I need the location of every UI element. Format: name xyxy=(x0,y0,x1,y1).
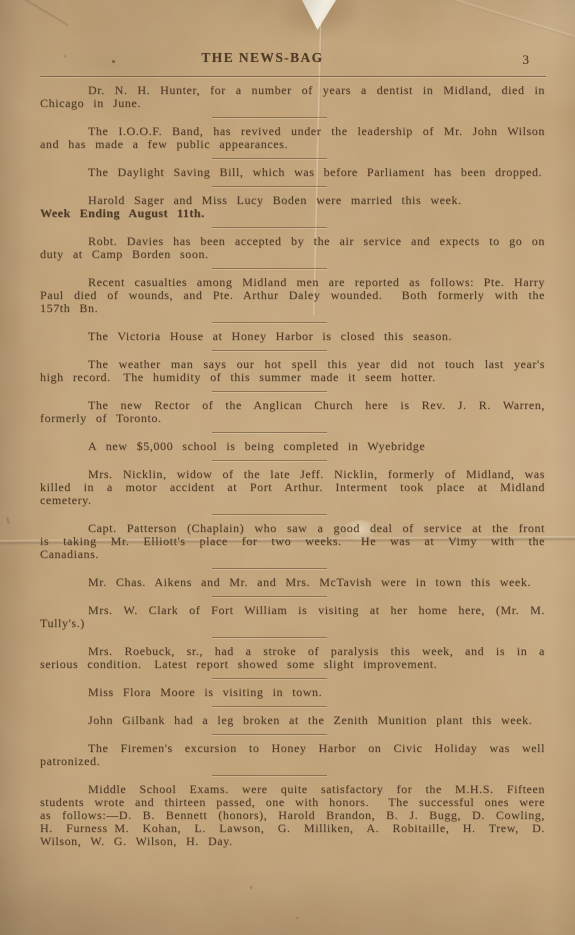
item-divider xyxy=(212,350,327,351)
newsletter-title: THE NEWS-BAG xyxy=(0,50,550,66)
item-divider xyxy=(212,775,327,776)
paper-speck xyxy=(296,917,298,919)
news-item: Middle School Exams. were quite satisfac… xyxy=(40,783,545,848)
page-number: 3 xyxy=(523,52,530,68)
item-divider xyxy=(212,432,327,433)
week-ending-heading: Week Ending August 11th. xyxy=(40,207,545,220)
news-item: Dr. N. H. Hunter, for a number of years … xyxy=(40,84,545,110)
news-item: Mrs. Roebuck, sr., had a stroke of paral… xyxy=(40,645,545,671)
item-divider xyxy=(212,391,327,392)
item-divider xyxy=(212,734,327,735)
top-right-crease xyxy=(452,0,575,45)
news-item: A new $5,000 school is being completed i… xyxy=(40,440,545,453)
item-divider xyxy=(212,637,327,638)
news-item: The Victoria House at Honey Harbor is cl… xyxy=(40,330,545,343)
paper-tear xyxy=(299,0,336,30)
item-divider xyxy=(212,268,327,269)
news-items: Dr. N. H. Hunter, for a number of years … xyxy=(0,84,575,848)
news-item: Mrs. W. Clark of Fort William is visitin… xyxy=(40,604,545,630)
item-divider xyxy=(212,322,327,323)
item-divider xyxy=(212,117,327,118)
news-item: John Gilbank had a leg broken at the Zen… xyxy=(40,714,545,727)
item-divider xyxy=(212,568,327,569)
paper-speck xyxy=(250,886,252,889)
news-item: Robt. Davies has been accepted by the ai… xyxy=(40,235,545,261)
news-item: The Firemen's excursion to Honey Harbor … xyxy=(40,742,545,768)
news-item: Capt. Patterson (Chaplain) who saw a goo… xyxy=(40,522,545,561)
item-divider xyxy=(212,514,327,515)
item-divider xyxy=(212,460,327,461)
news-item: Recent casualties among Midland men are … xyxy=(40,276,545,315)
item-divider xyxy=(212,706,327,707)
top-left-crease xyxy=(0,0,68,26)
news-item: Mr. Chas. Aikens and Mr. and Mrs. McTavi… xyxy=(40,576,545,589)
item-divider xyxy=(212,596,327,597)
item-divider xyxy=(212,186,327,187)
masthead: THE NEWS-BAG 3 xyxy=(0,50,575,70)
item-divider xyxy=(212,227,327,228)
masthead-rule xyxy=(40,76,546,77)
news-item: The new Rector of the Anglican Church he… xyxy=(40,399,545,425)
news-item: The I.O.O.F. Band, has revived under the… xyxy=(40,125,545,151)
news-bag-scanned-page: THE NEWS-BAG 3 Dr. N. H. Hunter, for a n… xyxy=(0,0,575,935)
item-divider xyxy=(212,678,327,679)
news-item: Mrs. Nicklin, widow of the late Jeff. Ni… xyxy=(40,468,545,507)
news-item: The weather man says our hot spell this … xyxy=(40,358,545,384)
item-divider xyxy=(212,158,327,159)
news-item: Miss Flora Moore is visiting in town. xyxy=(40,686,545,699)
news-item: The Daylight Saving Bill, which was befo… xyxy=(40,166,545,179)
